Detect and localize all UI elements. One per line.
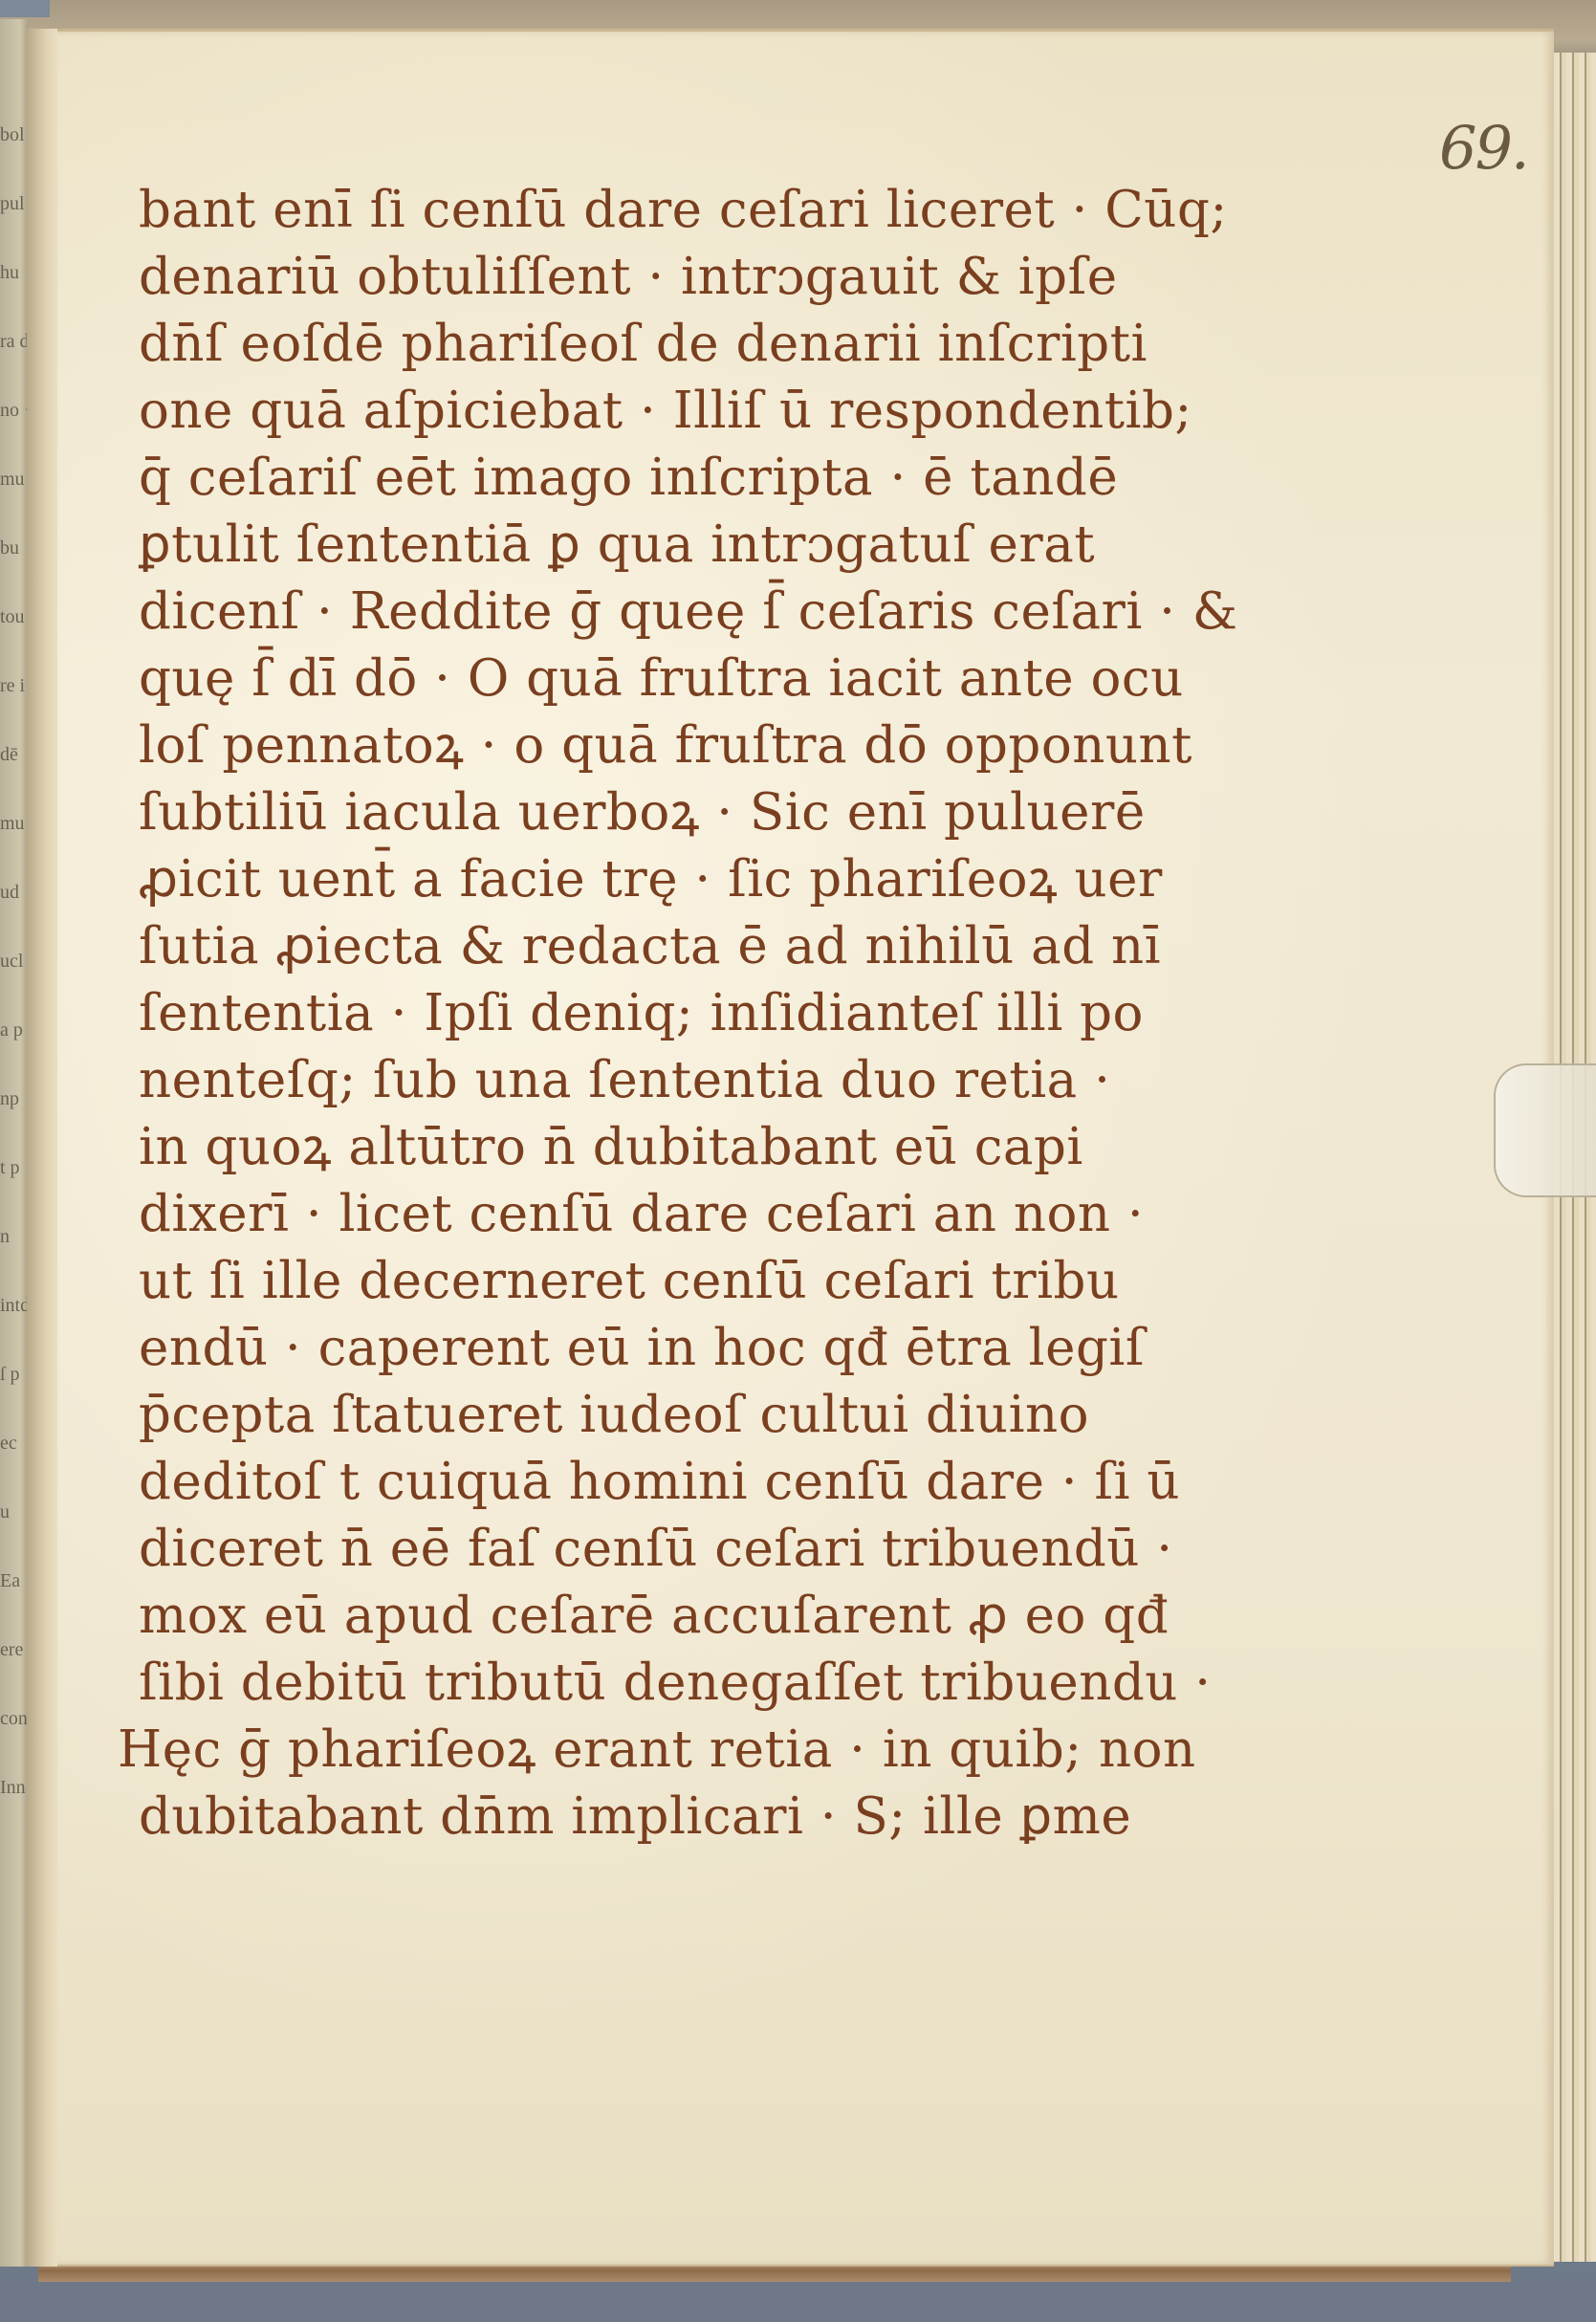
facing-page-fragment: mu [0, 813, 29, 836]
facing-page-fragment: Ea [0, 1570, 29, 1593]
facing-page-fragment: ra d [0, 331, 29, 354]
facing-page-fragment: u [0, 1501, 29, 1524]
text-line: one quā aſpiciebat · Illiſ ū respondenti… [139, 383, 1192, 440]
facing-page-fragment: a p [0, 1019, 29, 1042]
facing-page-fragment: ud [0, 882, 29, 905]
text-line: ꝓicit uent̄ a facie trę · ſic phariſeoꝝ … [139, 851, 1163, 909]
text-line: dicenſ · Reddite ḡ queę ſ̄ ceſaris ceſar… [139, 583, 1238, 641]
facing-page-fragment: np [0, 1088, 29, 1111]
text-line: q̄ ceſariſ eēt imago inſcripta · ē tandē [139, 449, 1118, 507]
text-line: in quoꝝ altūtro n̄ dubitabant eū capi [139, 1119, 1083, 1176]
facing-page-fragment: bu [0, 537, 29, 560]
facing-page-fragment: re i [0, 675, 29, 698]
text-line: ſententia · Ipſi deniq; inſidianteſ illi… [139, 985, 1144, 1042]
page-clasp [1494, 1063, 1596, 1197]
facing-page-fragment: ucl [0, 951, 29, 974]
text-line: ſubtiliū iacula uerboꝝ · Sic enī puluerē [139, 784, 1146, 842]
facing-page-fragment: con [0, 1708, 29, 1731]
facing-page-fragment: pul [0, 193, 29, 216]
text-line: dixerī · licet cenſū dare ceſari an non … [139, 1186, 1144, 1243]
folio-number: 69. [1439, 113, 1528, 183]
text-line-initial: Hęc ḡ phariſeoꝝ erant retia · in quib; n… [118, 1721, 1196, 1779]
background-corner [0, 0, 50, 17]
facing-page-fragment: bol [0, 124, 29, 147]
facing-page-fragment: no · [0, 400, 29, 423]
text-line: bant enī ſi cenſū dare ceſari liceret · … [139, 182, 1228, 239]
facing-page-fragment: t p [0, 1157, 29, 1180]
facing-page-fragment: ec [0, 1433, 29, 1456]
facing-page-edge: bolpulhura dno ·mubutoure idēmuuducla pn… [0, 19, 29, 2267]
text-line: quę ſ̄ dī dō · O quā fruſtra iacit ante … [139, 650, 1184, 708]
text-line: ut ſi ille decerneret cenſū ceſari tribu [139, 1253, 1120, 1310]
facing-page-fragment: tou [0, 606, 29, 629]
facing-page-fragment: intd [0, 1295, 29, 1318]
facing-page-fragment: dē [0, 744, 29, 767]
text-line: endū · caperent eū in hoc qđ ētra legiſ [139, 1320, 1145, 1377]
text-line: ſibi debitū tributū denegaſſet tribuendu… [139, 1654, 1212, 1712]
text-line: ꝑtulit ſententiā ꝑ qua intrɔgatuſ erat [139, 516, 1095, 574]
text-line: dn̄ſ eoſdē phariſeoſ de denarii inſcript… [139, 316, 1148, 373]
text-line: loſ pennatoꝝ · o quā fruſtra dō opponunt [139, 717, 1192, 775]
text-line: nenteſq; ſub una ſententia duo retia · [139, 1052, 1110, 1109]
text-line: mox eū apud ceſarē accuſarent ꝓ eo qđ [139, 1588, 1169, 1645]
facing-page-fragment: ſ p [0, 1364, 29, 1387]
facing-page-fragment: ere [0, 1639, 29, 1662]
text-line: deditoſ t cuiquā homini cenſū dare · ſi … [139, 1454, 1180, 1511]
text-line: denariū obtuliſſent · intrɔgauit & ipſe [139, 249, 1118, 306]
text-line: dubitabant dn̄m implicari · S; ille ꝑme [139, 1788, 1131, 1846]
text-line: diceret n̄ eē faſ cenſū ceſari tribuendū… [139, 1521, 1173, 1578]
text-line: p̄cepta ſtatueret iudeoſ cultui diuino [139, 1387, 1089, 1444]
facing-page-fragment: Inn [0, 1777, 29, 1800]
facing-page-fragment: hu [0, 262, 29, 285]
facing-page-fragment: n [0, 1226, 29, 1249]
text-line: ſutia ꝓiecta & redacta ē ad nihilū ad nī [139, 918, 1161, 975]
facing-page-fragment: mu [0, 469, 29, 492]
